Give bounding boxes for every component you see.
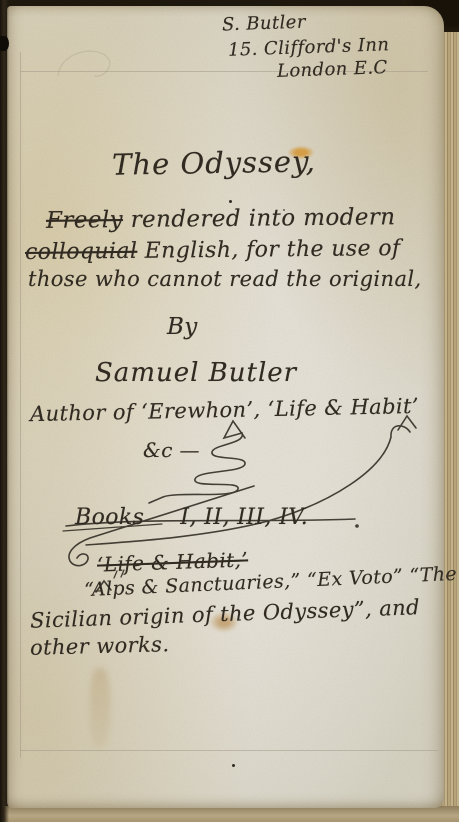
pencil-margin-line-bottom <box>20 750 438 751</box>
struck-word-colloquial: colloquial <box>25 239 138 265</box>
author-name: Samuel Butler <box>95 358 297 388</box>
book-bottom-edge <box>0 806 459 822</box>
books-line-struck: BooksI, II, III, IV. <box>75 505 308 530</box>
owner-name: S. Butler <box>222 12 306 36</box>
page-title: The Odyssey, <box>112 144 316 182</box>
subtitle-line-3: those who cannot read the original, <box>28 267 422 291</box>
books-word: Books <box>75 505 144 530</box>
works-line-3: other works. <box>30 632 170 660</box>
subtitle-line-2-text: English, for the use of <box>137 236 400 264</box>
by-label: By <box>167 314 198 340</box>
subtitle-line-1-text: rendered into modern <box>123 204 396 233</box>
struck-word-freely: Freely <box>46 207 123 234</box>
subtitle-line-1: Freely rendered into modern <box>46 204 396 234</box>
pencil-margin-line-left <box>20 52 21 758</box>
manuscript-photo: S. Butler 15. Clifford's Inn London E.C … <box>0 0 459 822</box>
book-gutter-shadow <box>0 0 9 822</box>
ink-speck <box>232 764 235 767</box>
gutter-ink-blob <box>0 36 9 51</box>
etc-abbreviation: &c — <box>143 438 200 462</box>
subtitle-line-2: colloquial English, for the use of <box>25 236 401 265</box>
books-numerals: I, II, III, IV. <box>180 505 308 530</box>
ink-speck <box>229 200 232 203</box>
owner-address-line2: London E.C <box>277 57 388 82</box>
